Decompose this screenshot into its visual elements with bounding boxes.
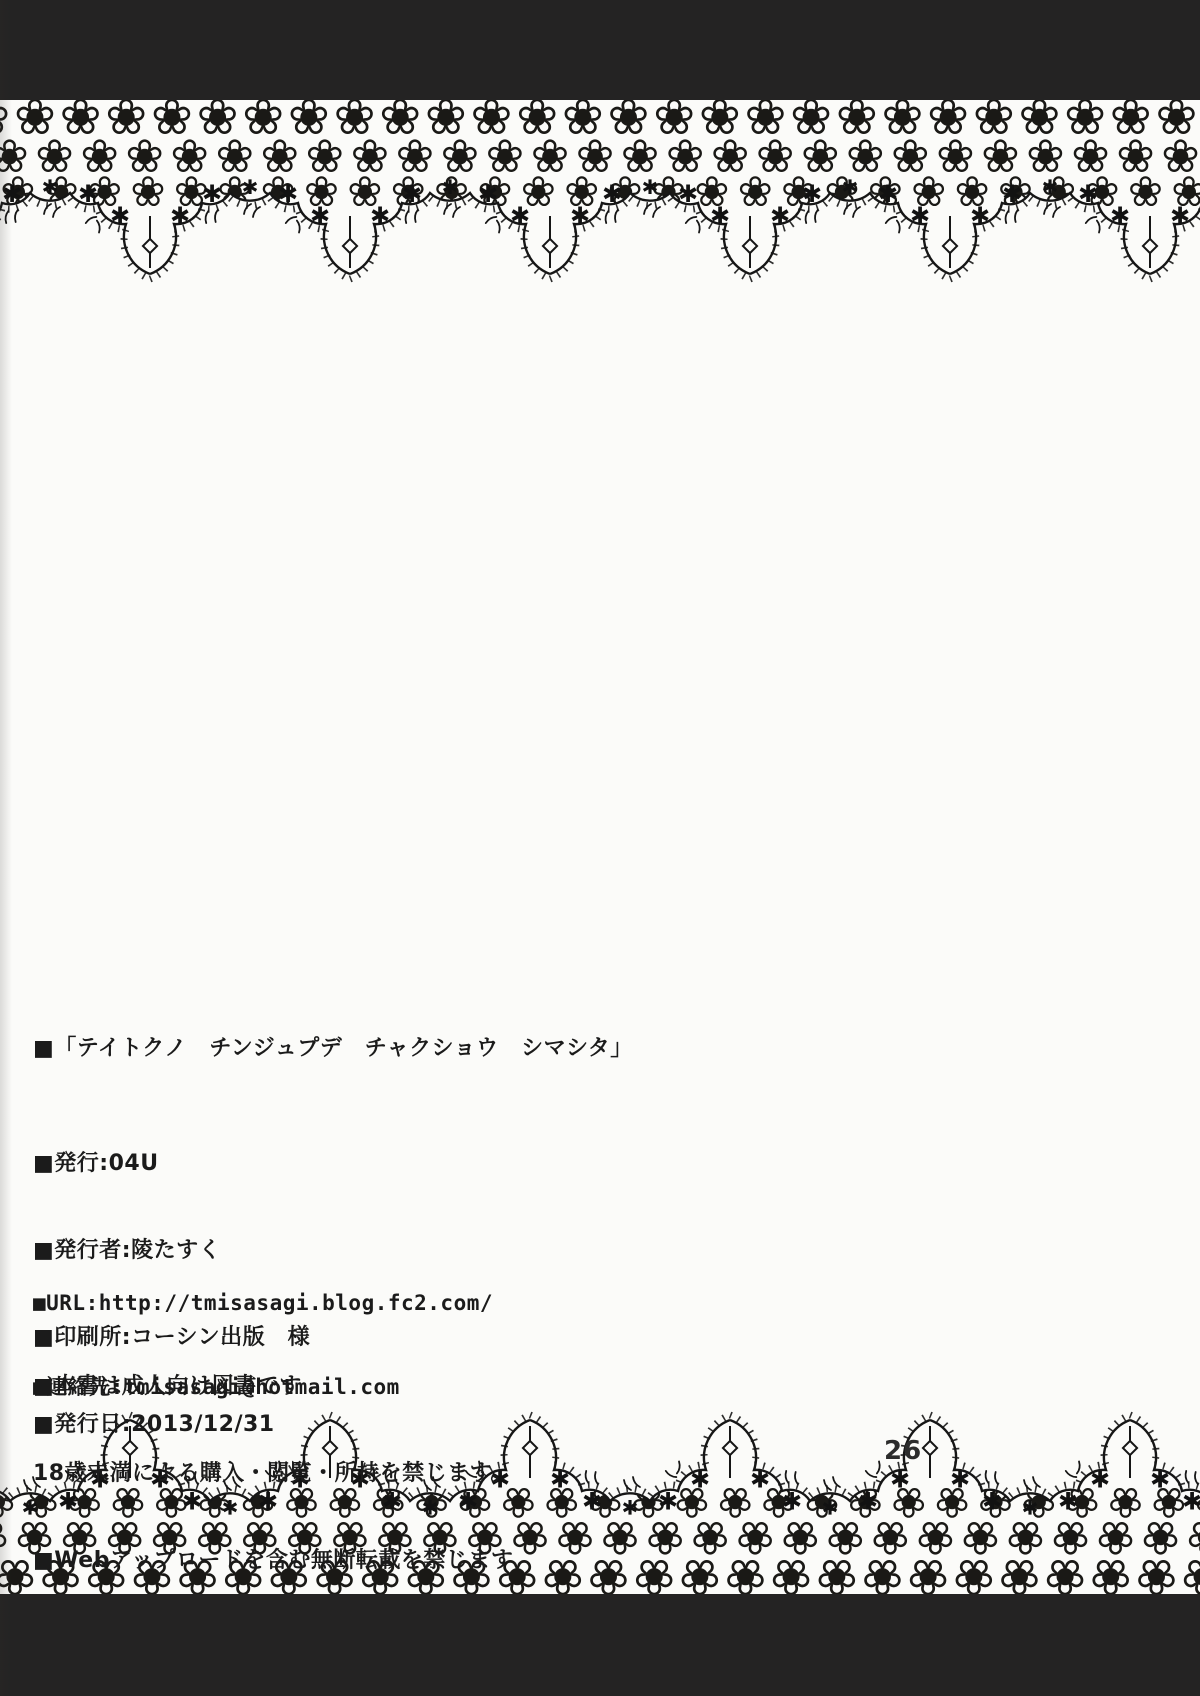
colophon-line-publisher: ■発行:04U <box>33 1149 310 1178</box>
notice-line-no-upload: ■Webアップロードを含む無断転載を禁じます <box>33 1546 513 1575</box>
contact-line-url: ■URL:http://tmisasagi.blog.fc2.com/ <box>33 1289 493 1317</box>
lace-border-top <box>0 98 1200 283</box>
notice-line-adult: ■本書は成人向け図書です <box>33 1372 513 1401</box>
top-black-band <box>0 0 1200 100</box>
book-title-line: ■「テイトクノ チンジュプデ チャクショウ シマシタ」 <box>33 1031 633 1062</box>
adult-notice-block: ■本書は成人向け図書です 18歳未満による購入・閲覧・所持を禁じます。 ■Web… <box>33 1314 513 1633</box>
scanned-colophon-page: ■「テイトクノ チンジュプデ チャクショウ シマシタ」 ■発行:04U ■発行者… <box>0 0 1200 1696</box>
notice-line-restriction: 18歳未満による購入・閲覧・所持を禁じます。 <box>33 1459 513 1488</box>
page-number: 26 <box>884 1436 922 1466</box>
